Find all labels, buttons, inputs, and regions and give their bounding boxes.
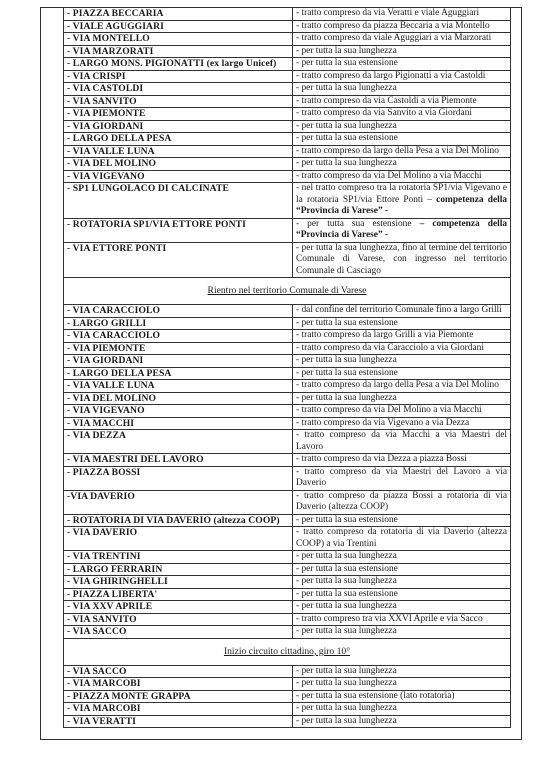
route-description: - per tutta la sua lunghezza — [293, 392, 511, 405]
description-text: - per tutta la sua estensione — [296, 515, 398, 525]
route-description: - tratto compreso da via Caracciolo a vi… — [293, 342, 511, 355]
table-row: - VIA DEL MOLINO- per tutta la sua lungh… — [64, 158, 511, 171]
route-description: - tratto compreso da viale Aguggiari a v… — [293, 33, 511, 46]
description-text: - tratto compreso da rotatoria di via Da… — [296, 527, 507, 549]
route-description: - per tutta la sua estensione (lato rota… — [293, 690, 511, 703]
street-name: - VIA PIEMONTE — [64, 342, 293, 355]
table-row: - VIA VIGEVANO- tratto compreso da via D… — [64, 405, 511, 418]
description-text: - per tutta la sua estensione — [296, 564, 398, 574]
route-description: - tratto compreso da via Del Molino a vi… — [293, 405, 511, 418]
description-text: - tratto compreso da largo della Pesa a … — [296, 380, 499, 390]
description-text: - tratto compreso tra via XXVI Aprile e … — [296, 614, 483, 624]
street-name: - VIA DEL MOLINO — [64, 392, 293, 405]
street-name: - VIA CARACCIOLO — [64, 305, 293, 318]
route-description: - tratto compreso da via Dezza a piazza … — [293, 454, 511, 467]
description-text: - tratto compreso da largo Pigionatti a … — [296, 71, 485, 81]
table-row: - SP1 LUNGOLACO DI CALCINATE- nel tratto… — [64, 183, 511, 219]
street-name: - VIA MARZORATI — [64, 45, 293, 58]
section-header-row: Inizio circuito cittadino, giro 10° — [64, 638, 511, 665]
section-header-cell: Inizio circuito cittadino, giro 10° — [64, 638, 511, 665]
street-name: - VIA TRENTINI — [64, 551, 293, 564]
table-row: - VIA VERATTI- per tutta la sua lunghezz… — [64, 715, 511, 728]
street-name: - ROTATORIA SP1/VIA ETTORE PONTI — [64, 218, 293, 242]
table-row: - LARGO MONS. PIGIONATTI (ex largo Unice… — [64, 58, 511, 71]
street-name: - VIA CARACCIOLO — [64, 330, 293, 343]
description-text: - tratto compreso da via Sanvito a via G… — [296, 108, 472, 118]
description-text: - tratto compreso da largo della Pesa a … — [296, 146, 499, 156]
table-row: - VIA TRENTINI- per tutta la sua lunghez… — [64, 551, 511, 564]
route-description: - per tutta la sua lunghezza — [293, 355, 511, 368]
section-title: Inizio circuito cittadino, giro 10° — [224, 646, 350, 657]
table-row: - VIA XXV APRILE- per tutta la sua lungh… — [64, 601, 511, 614]
section-title: Rientro nel territorio Comunale di Vares… — [208, 285, 367, 296]
street-name: - VIA SACCO — [64, 665, 293, 678]
table-row: - LARGO DELLA PESA- per tutta la sua est… — [64, 133, 511, 146]
description-text: - per tutta la sua lunghezza — [296, 601, 397, 611]
street-name: - LARGO FERRARIN — [64, 563, 293, 576]
description-text: - tratto compreso da piazza Beccaria a v… — [296, 21, 490, 31]
route-description: - tratto compreso da via Vigevano a via … — [293, 417, 511, 430]
street-name: - PIAZZA BECCARIA — [64, 8, 293, 21]
route-description: - per tutta la sua estensione — [293, 133, 511, 146]
table-row: - VIA GHIRINGHELLI- per tutta la sua lun… — [64, 576, 511, 589]
route-description: - per tutta la sua lunghezza — [293, 601, 511, 614]
table-row: - VIA GIORDANI- per tutta la sua lunghez… — [64, 355, 511, 368]
street-name: - VIALE AGUGGIARI — [64, 20, 293, 33]
table-row: - VIA MACCHI- tratto compreso da via Vig… — [64, 417, 511, 430]
description-text: - per tutta la sua lunghezza — [296, 551, 397, 561]
street-name: - VIA SANVITO — [64, 95, 293, 108]
table-row: - LARGO DELLA PESA- per tutta la sua est… — [64, 367, 511, 380]
table-row: - VIA VIGEVANO- tratto compreso da via D… — [64, 170, 511, 183]
description-text: - tratto compreso da piazza Bossi a rota… — [296, 491, 507, 513]
table-row: - LARGO GRILLI- per tutta la sua estensi… — [64, 317, 511, 330]
table-row: - PIAZZA LIBERTA'- per tutta la sua este… — [64, 588, 511, 601]
table-row: - VIA SANVITO- tratto compreso tra via X… — [64, 613, 511, 626]
description-text: - dal confine del territorio Comunale fi… — [296, 305, 502, 315]
route-description: - per tutta la sua lunghezza — [293, 703, 511, 716]
description-text: - per tutta sua estensione — [296, 219, 412, 229]
table-row: - VIA DEL MOLINO- per tutta la sua lungh… — [64, 392, 511, 405]
street-name: - VIA GIORDANI — [64, 355, 293, 368]
description-text: - per tutta la sua lunghezza — [296, 158, 397, 168]
street-name: - VIA SACCO — [64, 626, 293, 639]
route-description: - tratto compreso da piazza Bossi a rota… — [293, 490, 511, 514]
street-name: - VIA MACCHI — [64, 417, 293, 430]
street-name: - PIAZZA LIBERTA' — [64, 588, 293, 601]
table-row: - VIA CRISPI- tratto compreso da largo P… — [64, 70, 511, 83]
street-name: - VIA MARCOBI — [64, 703, 293, 716]
table-row: - LARGO FERRARIN- per tutta la sua esten… — [64, 563, 511, 576]
description-text: - per tutta la sua lunghezza — [296, 576, 397, 586]
street-name: - VIA VIGEVANO — [64, 170, 293, 183]
route-description: - per tutta la sua estensione — [293, 588, 511, 601]
route-description: - tratto compreso da via Maestri del Lav… — [293, 466, 511, 490]
table-row: - VIA SANVITO- tratto compreso da via Ca… — [64, 95, 511, 108]
route-description: - nel tratto compreso tra la rotatoria S… — [293, 183, 511, 219]
description-text: - tratto compreso da via Castoldi a via … — [296, 96, 477, 106]
route-description: - tratto compreso da via Del Molino a vi… — [293, 170, 511, 183]
table-row: - VIA MARCOBI- per tutta la sua lunghezz… — [64, 703, 511, 716]
section-header-cell: Rientro nel territorio Comunale di Vares… — [64, 278, 511, 305]
table-row: - VIA GIORDANI- per tutta la sua lunghez… — [64, 120, 511, 133]
street-name: - VIA MONTELLO — [64, 33, 293, 46]
description-text: - tratto compreso da via Veratti e viale… — [296, 8, 479, 18]
street-name: - VIA DEZZA — [64, 430, 293, 454]
street-name: - VIA VERATTI — [64, 715, 293, 728]
table-row: - VIA MAESTRI DEL LAVORO- tratto compres… — [64, 454, 511, 467]
description-text: - per tutta la sua lunghezza — [296, 716, 397, 726]
description-text: - tratto compreso da via Vigevano a via … — [296, 418, 469, 428]
description-text: - per tutta la sua lunghezza — [296, 626, 397, 636]
route-description: - tratto compreso da via Macchi a via Ma… — [293, 430, 511, 454]
route-description: - per tutta la sua estensione — [293, 317, 511, 330]
route-description: - per tutta la sua lunghezza — [293, 715, 511, 728]
description-text: - per tutta la sua lunghezza — [296, 393, 397, 403]
route-description: - per tutta la sua lunghezza — [293, 576, 511, 589]
street-name: - VIA CRISPI — [64, 70, 293, 83]
table-row: - VIA VALLE LUNA- tratto compreso da lar… — [64, 145, 511, 158]
table-row: - VIA VALLE LUNA- tratto compreso da lar… — [64, 380, 511, 393]
table-row: - PIAZZA MONTE GRAPPA- per tutta la sua … — [64, 690, 511, 703]
route-description: - per tutta la sua lunghezza — [293, 120, 511, 133]
table-row: - VIA PIEMONTE- tratto compreso da via S… — [64, 108, 511, 121]
route-description: - tratto compreso da piazza Beccaria a v… — [293, 20, 511, 33]
table-row: - ROTATORIA SP1/VIA ETTORE PONTI- per tu… — [64, 218, 511, 242]
street-name: - VIA MARCOBI — [64, 678, 293, 691]
route-description: - tratto compreso da rotatoria di via Da… — [293, 527, 511, 551]
table-row: - VIA ETTORE PONTI- per tutta la sua lun… — [64, 242, 511, 278]
table-row: - VIA MARCOBI- per tutta la sua lunghezz… — [64, 678, 511, 691]
table-row: - VIA SACCO- per tutta la sua lunghezza — [64, 665, 511, 678]
route-description: - per tutta la sua lunghezza — [293, 626, 511, 639]
route-description: - per tutta la sua lunghezza — [293, 665, 511, 678]
description-text: - tratto compreso da via Maestri del Lav… — [296, 467, 507, 489]
table-row: - VIA SACCO- per tutta la sua lunghezza — [64, 626, 511, 639]
street-name: - ROTATORIA DI VIA DAVERIO (altezza COOP… — [64, 514, 293, 527]
route-description: - tratto compreso da via Veratti e viale… — [293, 8, 511, 21]
street-name: - VIA VALLE LUNA — [64, 380, 293, 393]
route-description: - per tutta la sua lunghezza — [293, 158, 511, 171]
description-text: - tratto compreso da via Del Molino a vi… — [296, 171, 482, 181]
route-description: - per tutta la sua lunghezza — [293, 83, 511, 96]
street-name: -VIA DAVERIO — [64, 490, 293, 514]
route-description: - per tutta la sua lunghezza — [293, 45, 511, 58]
route-table: - PIAZZA BECCARIA- tratto compreso da vi… — [63, 7, 511, 728]
description-text: - per tutta la sua estensione (lato rota… — [296, 691, 455, 701]
street-name: - SP1 LUNGOLACO DI CALCINATE — [64, 183, 293, 219]
street-name: - VIA GIORDANI — [64, 120, 293, 133]
description-text: - tratto compreso da via Del Molino a vi… — [296, 405, 482, 415]
route-description: - tratto compreso tra via XXVI Aprile e … — [293, 613, 511, 626]
route-description: - per tutta la sua lunghezza — [293, 678, 511, 691]
table-row: - VIA CASTOLDI- per tutta la sua lunghez… — [64, 83, 511, 96]
street-name: - PIAZZA BOSSI — [64, 466, 293, 490]
table-row: - PIAZZA BOSSI- tratto compreso da via M… — [64, 466, 511, 490]
table-row: - VIALE AGUGGIARI- tratto compreso da pi… — [64, 20, 511, 33]
street-name: - VIA GHIRINGHELLI — [64, 576, 293, 589]
route-description: - tratto compreso da largo Pigionatti a … — [293, 70, 511, 83]
street-name: - VIA VIGEVANO — [64, 405, 293, 418]
street-name: - LARGO MONS. PIGIONATTI (ex largo Unice… — [64, 58, 293, 71]
table-row: - VIA DEZZA- tratto compreso da via Macc… — [64, 430, 511, 454]
description-text: - per tutta la sua estensione — [296, 589, 398, 599]
description-text: - tratto compreso da largo Grilli a via … — [296, 330, 473, 340]
street-name: - VIA DAVERIO — [64, 527, 293, 551]
table-row: - VIA CARACCIOLO- dal confine del territ… — [64, 305, 511, 318]
route-description: - dal confine del territorio Comunale fi… — [293, 305, 511, 318]
route-table-body: - PIAZZA BECCARIA- tratto compreso da vi… — [64, 8, 511, 728]
street-name: - VIA VALLE LUNA — [64, 145, 293, 158]
description-text: - per tutta la sua lunghezza — [296, 703, 397, 713]
description-text: - per tutta la sua lunghezza — [296, 46, 397, 56]
route-description: - tratto compreso da largo della Pesa a … — [293, 380, 511, 393]
description-text: - per tutta la sua lunghezza — [296, 666, 397, 676]
street-name: - VIA MAESTRI DEL LAVORO — [64, 454, 293, 467]
table-row: - PIAZZA BECCARIA- tratto compreso da vi… — [64, 8, 511, 21]
description-text: - tratto compreso da via Macchi a via Ma… — [296, 430, 507, 452]
route-description: - per tutta la sua lunghezza, fino al te… — [293, 242, 511, 278]
description-text: - per tutta la sua lunghezza — [296, 355, 397, 365]
description-text: - per tutta la sua lunghezza — [296, 678, 397, 688]
description-text: - per tutta la sua lunghezza, fino al te… — [296, 243, 507, 276]
table-row: - VIA CARACCIOLO- tratto compreso da lar… — [64, 330, 511, 343]
table-row: -VIA DAVERIO- tratto compreso da piazza … — [64, 490, 511, 514]
route-description: - per tutta la sua estensione — [293, 514, 511, 527]
table-row: - VIA MONTELLO- tratto compreso da viale… — [64, 33, 511, 46]
street-name: - PIAZZA MONTE GRAPPA — [64, 690, 293, 703]
route-description: - tratto compreso da largo Grilli a via … — [293, 330, 511, 343]
street-name: - VIA XXV APRILE — [64, 601, 293, 614]
description-text: - tratto compreso da viale Aguggiari a v… — [296, 33, 491, 43]
table-row: - VIA MARZORATI- per tutta la sua lunghe… — [64, 45, 511, 58]
route-description: - tratto compreso da largo della Pesa a … — [293, 145, 511, 158]
route-description: - per tutta sua estensione – competenza … — [293, 218, 511, 242]
description-text: - per tutta la sua estensione — [296, 368, 398, 378]
description-text: - per tutta la sua lunghezza — [296, 83, 397, 93]
street-name: - VIA ETTORE PONTI — [64, 242, 293, 278]
street-name: - LARGO DELLA PESA — [64, 133, 293, 146]
description-text: - tratto compreso da via Caracciolo a vi… — [296, 343, 484, 353]
route-description: - tratto compreso da via Sanvito a via G… — [293, 108, 511, 121]
street-name: - LARGO GRILLI — [64, 317, 293, 330]
street-name: - VIA SANVITO — [64, 613, 293, 626]
table-row: - VIA DAVERIO- tratto compreso da rotato… — [64, 527, 511, 551]
description-text: - per tutta la sua estensione — [296, 133, 398, 143]
description-text: - tratto compreso da via Dezza a piazza … — [296, 454, 467, 464]
description-text: - per tutta la sua estensione — [296, 58, 398, 68]
description-text: - per tutta la sua lunghezza — [296, 121, 397, 131]
table-row: - VIA PIEMONTE- tratto compreso da via C… — [64, 342, 511, 355]
section-header-row: Rientro nel territorio Comunale di Vares… — [64, 278, 511, 305]
route-description: - tratto compreso da via Castoldi a via … — [293, 95, 511, 108]
route-description: - per tutta la sua estensione — [293, 367, 511, 380]
street-name: - VIA PIEMONTE — [64, 108, 293, 121]
street-name: - VIA DEL MOLINO — [64, 158, 293, 171]
route-description: - per tutta la sua estensione — [293, 58, 511, 71]
route-description: - per tutta la sua lunghezza — [293, 551, 511, 564]
route-description: - per tutta la sua estensione — [293, 563, 511, 576]
table-row: - ROTATORIA DI VIA DAVERIO (altezza COOP… — [64, 514, 511, 527]
description-text: - per tutta la sua estensione — [296, 318, 398, 328]
street-name: - VIA CASTOLDI — [64, 83, 293, 96]
street-name: - LARGO DELLA PESA — [64, 367, 293, 380]
